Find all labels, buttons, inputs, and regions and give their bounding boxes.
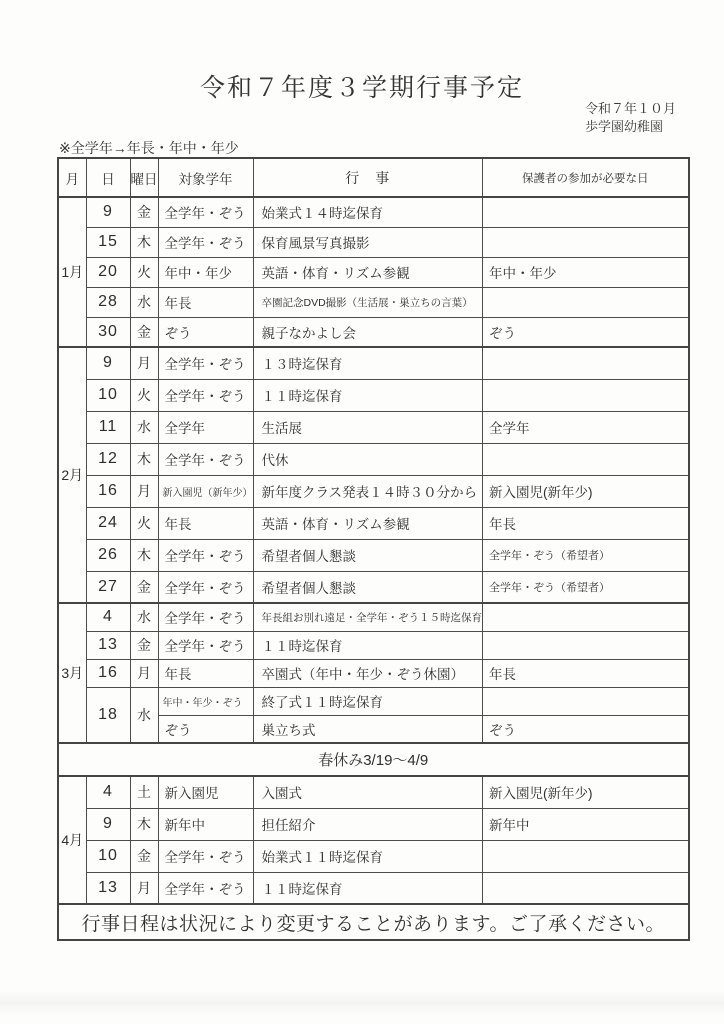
table-row: 9木新年中担任紹介新年中 [58,808,689,840]
grade-cell: 全学年・ぞう [158,539,253,571]
event-cell: １１時迄保育 [253,872,483,904]
event-cell: 新年度クラス発表１４時３０分から [253,475,483,507]
grade-cell: 全学年・ぞう [158,840,253,872]
parents-cell: 全学年・ぞう（希望者） [483,539,689,571]
table-row: 28水年長卒園記念DVD撮影（生活展・巣立ちの言葉） [58,287,689,317]
parents-cell [483,443,689,475]
day-cell: 4 [86,603,130,631]
grade-cell: 全学年・ぞう [158,347,253,379]
day-cell: 24 [86,507,130,539]
parents-cell: 全学年 [483,411,689,443]
event-cell: 保育風景写真撮影 [253,227,483,257]
day-cell: 27 [86,571,130,603]
grade-cell: ぞう [158,317,253,347]
page-title: 令和７年度３学期行事予定 [0,68,724,104]
event-cell: １１時迄保育 [253,631,483,659]
grade-cell: 年長 [158,287,253,317]
table-row: 13金全学年・ぞう１１時迄保育 [58,631,689,659]
grade-cell: 全学年・ぞう [158,443,253,475]
table-row: 13月全学年・ぞう１１時迄保育 [58,872,689,904]
day-cell: 15 [86,227,130,257]
day-cell: 28 [86,287,130,317]
notice-text: 行事日程は状況により変更することがあります。ご了承ください。 [58,904,689,940]
weekday-cell: 金 [130,197,158,227]
meta-block: 令和７年１０月 歩学園幼稚園 [585,100,676,135]
col-header-grade: 対象学年 [158,158,253,197]
event-cell: 親子なかよし会 [253,317,483,347]
parents-cell [483,603,689,631]
grade-cell: 全学年・ぞう [158,227,253,257]
weekday-cell: 月 [130,475,158,507]
event-cell: 希望者個人懇談 [253,539,483,571]
day-cell: 16 [86,475,130,507]
grade-cell: 年長 [158,659,253,687]
parents-cell: 年長 [483,507,689,539]
weekday-cell: 金 [130,631,158,659]
parents-cell [483,872,689,904]
col-header-month: 月 [58,158,86,197]
parents-cell [483,227,689,257]
month-cell: 3月 [58,603,86,743]
event-cell: 英語・体育・リズム参観 [253,257,483,287]
event-cell: 年長組お別れ遠足・全学年・ぞう１５時迄保育 [253,603,483,631]
event-cell: １３時迄保育 [253,347,483,379]
day-cell: 13 [86,631,130,659]
weekday-cell: 金 [130,840,158,872]
weekday-cell: 水 [130,287,158,317]
spring-break-text: 春休み3/19～4/9 [58,743,689,776]
grade-cell: 全学年・ぞう [158,872,253,904]
weekday-cell: 月 [130,347,158,379]
schedule-table-body: 1月9金全学年・ぞう始業式１４時迄保育15木全学年・ぞう保育風景写真撮影20火年… [58,197,689,940]
weekday-cell: 水 [130,603,158,631]
day-cell: 12 [86,443,130,475]
table-row: 18水年中・年少・ぞう終了式１１時迄保育 [58,687,689,715]
grade-cell: ぞう [158,715,253,743]
parents-cell: 新入園児(新年少) [483,776,689,808]
day-cell: 10 [86,379,130,411]
day-cell: 11 [86,411,130,443]
table-row: 12木全学年・ぞう代休 [58,443,689,475]
col-header-event: 行 事 [253,158,483,197]
day-cell: 20 [86,257,130,287]
table-row: 11水全学年生活展全学年 [58,411,689,443]
weekday-cell: 金 [130,317,158,347]
weekday-cell: 火 [130,507,158,539]
parents-cell [483,287,689,317]
day-cell: 30 [86,317,130,347]
event-cell: 生活展 [253,411,483,443]
grade-cell: 全学年・ぞう [158,379,253,411]
parents-cell [483,197,689,227]
parents-cell: 新年中 [483,808,689,840]
event-cell: 入園式 [253,776,483,808]
grade-cell: 全学年・ぞう [158,197,253,227]
notice-row: 行事日程は状況により変更することがあります。ご了承ください。 [58,904,689,940]
weekday-cell: 土 [130,776,158,808]
day-cell: 9 [86,347,130,379]
issue-date: 令和７年１０月 [585,100,676,118]
table-row: 27金全学年・ぞう希望者個人懇談全学年・ぞう（希望者） [58,571,689,603]
parents-cell: ぞう [483,317,689,347]
month-cell: 1月 [58,197,86,347]
event-cell: 担任紹介 [253,808,483,840]
spring-break-row: 春休み3/19～4/9 [58,743,689,776]
grade-cell: 年中・年少 [158,257,253,287]
table-row: 3月4水全学年・ぞう年長組お別れ遠足・全学年・ぞう１５時迄保育 [58,603,689,631]
weekday-cell: 月 [130,872,158,904]
grade-cell: 新年中 [158,808,253,840]
table-row: 20火年中・年少英語・体育・リズム参観年中・年少 [58,257,689,287]
day-cell: 16 [86,659,130,687]
col-header-parents: 保護者の参加が必要な日 [483,158,689,197]
grade-cell: 全学年・ぞう [158,603,253,631]
table-row: 26木全学年・ぞう希望者個人懇談全学年・ぞう（希望者） [58,539,689,571]
month-cell: 2月 [58,347,86,603]
table-row: 2月9月全学年・ぞう１３時迄保育 [58,347,689,379]
schedule-table: 月 日 曜日 対象学年 行 事 保護者の参加が必要な日 1月9金全学年・ぞう始業… [57,157,690,941]
table-row: 15木全学年・ぞう保育風景写真撮影 [58,227,689,257]
event-cell: 始業式１１時迄保育 [253,840,483,872]
day-cell: 18 [86,687,130,743]
grade-cell: 年中・年少・ぞう [158,687,253,715]
table-row: 16月新入園児（新年少）新年度クラス発表１４時３０分から新入園児(新年少) [58,475,689,507]
grade-cell: 全学年・ぞう [158,631,253,659]
weekday-cell: 木 [130,443,158,475]
event-cell: 終了式１１時迄保育 [253,687,483,715]
table-row: 10金全学年・ぞう始業式１１時迄保育 [58,840,689,872]
grade-cell: 全学年 [158,411,253,443]
weekday-cell: 木 [130,539,158,571]
event-cell: 巣立ち式 [253,715,483,743]
parents-cell [483,379,689,411]
grade-cell: 新入園児（新年少） [158,475,253,507]
day-cell: 9 [86,808,130,840]
grade-cell: 新入園児 [158,776,253,808]
parents-cell [483,687,689,715]
day-cell: 10 [86,840,130,872]
weekday-cell: 火 [130,379,158,411]
school-name: 歩学園幼稚園 [585,118,676,136]
parents-cell: 年中・年少 [483,257,689,287]
month-cell: 4月 [58,776,86,904]
scan-artifact-shadow [0,990,724,1016]
event-cell: 英語・体育・リズム参観 [253,507,483,539]
parents-cell: 年長 [483,659,689,687]
event-cell: 卒園記念DVD撮影（生活展・巣立ちの言葉） [253,287,483,317]
grade-cell: 年長 [158,507,253,539]
day-cell: 26 [86,539,130,571]
day-cell: 13 [86,872,130,904]
table-row: 1月9金全学年・ぞう始業式１４時迄保育 [58,197,689,227]
table-header-row: 月 日 曜日 対象学年 行 事 保護者の参加が必要な日 [58,158,689,197]
parents-cell: ぞう [483,715,689,743]
document-page: 令和７年度３学期行事予定 令和７年１０月 歩学園幼稚園 ※全学年→年長・年中・年… [0,0,724,1024]
event-cell: 卒園式（年中・年少・ぞう休園） [253,659,483,687]
event-cell: １１時迄保育 [253,379,483,411]
parents-cell: 全学年・ぞう（希望者） [483,571,689,603]
parents-cell [483,631,689,659]
weekday-cell: 水 [130,411,158,443]
weekday-cell: 火 [130,257,158,287]
table-row: 24火年長英語・体育・リズム参観年長 [58,507,689,539]
weekday-cell: 木 [130,808,158,840]
col-header-day: 日 [86,158,130,197]
event-cell: 希望者個人懇談 [253,571,483,603]
table-row: 16月年長卒園式（年中・年少・ぞう休園）年長 [58,659,689,687]
table-row: 30金ぞう親子なかよし会ぞう [58,317,689,347]
event-cell: 代休 [253,443,483,475]
legend-note: ※全学年→年長・年中・年少 [59,138,239,158]
day-cell: 9 [86,197,130,227]
table-row: 10火全学年・ぞう１１時迄保育 [58,379,689,411]
day-cell: 4 [86,776,130,808]
col-header-weekday: 曜日 [130,158,158,197]
parents-cell [483,840,689,872]
weekday-cell: 月 [130,659,158,687]
parents-cell: 新入園児(新年少) [483,475,689,507]
weekday-cell: 金 [130,571,158,603]
table-row: 4月4土新入園児入園式新入園児(新年少) [58,776,689,808]
parents-cell [483,347,689,379]
weekday-cell: 水 [130,687,158,743]
grade-cell: 全学年・ぞう [158,571,253,603]
event-cell: 始業式１４時迄保育 [253,197,483,227]
weekday-cell: 木 [130,227,158,257]
